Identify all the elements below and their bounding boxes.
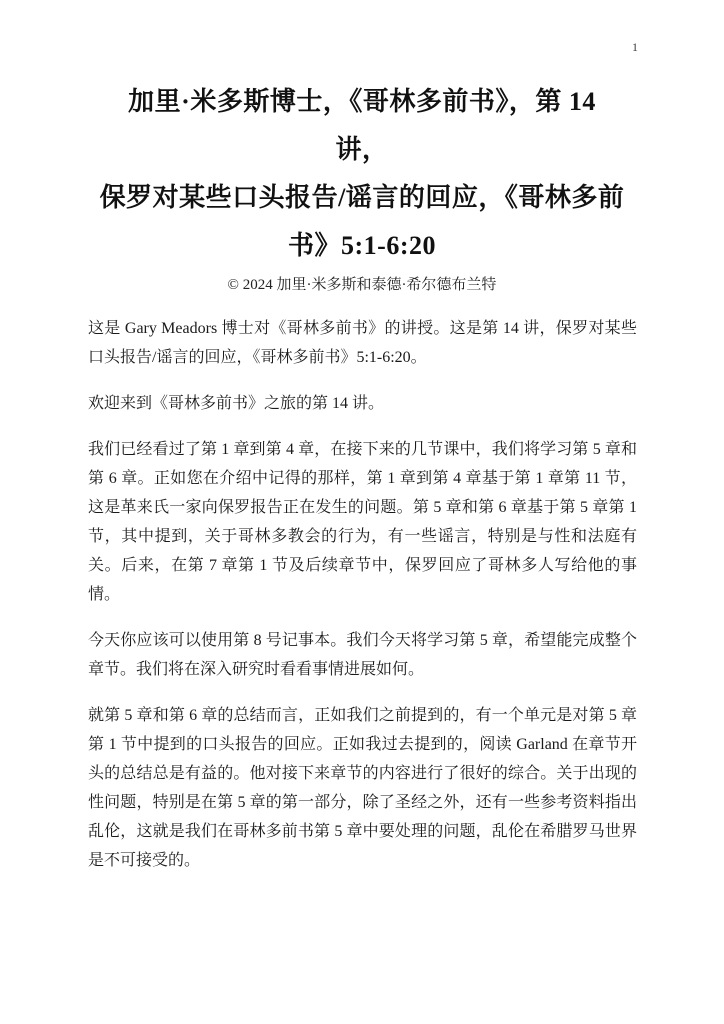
paragraph: 欢迎来到《哥林多前书》之旅的第 14 讲。 xyxy=(88,389,637,418)
title-line-2: 讲， xyxy=(0,126,724,174)
title-line-4: 书》5:1-6:20 xyxy=(0,222,724,270)
paragraph: 今天你应该可以使用第 8 号记事本。我们今天将学习第 5 章，希望能完成整个章节… xyxy=(88,626,637,684)
paragraph: 我们已经看过了第 1 章到第 4 章，在接下来的几节课中，我们将学习第 5 章和… xyxy=(88,435,637,609)
paragraph: 这是 Gary Meadors 博士对《哥林多前书》的讲授。这是第 14 讲，保… xyxy=(88,314,637,372)
copyright-line: © 2024 加里·米多斯和泰德·希尔德布兰特 xyxy=(0,274,724,296)
title-line-1: 加里·米多斯博士，《哥林多前书》，第 14 xyxy=(0,78,724,126)
page-number: 1 xyxy=(632,40,638,54)
title-line-3: 保罗对某些口头报告/谣言的回应，《哥林多前 xyxy=(0,174,724,222)
document-title: 加里·米多斯博士，《哥林多前书》，第 14 讲， 保罗对某些口头报告/谣言的回应… xyxy=(0,0,724,270)
document-body: 这是 Gary Meadors 博士对《哥林多前书》的讲授。这是第 14 讲，保… xyxy=(88,314,637,875)
document-page: 1 加里·米多斯博士，《哥林多前书》，第 14 讲， 保罗对某些口头报告/谣言的… xyxy=(0,0,724,1024)
paragraph: 就第 5 章和第 6 章的总结而言，正如我们之前提到的，有一个单元是对第 5 章… xyxy=(88,701,637,875)
